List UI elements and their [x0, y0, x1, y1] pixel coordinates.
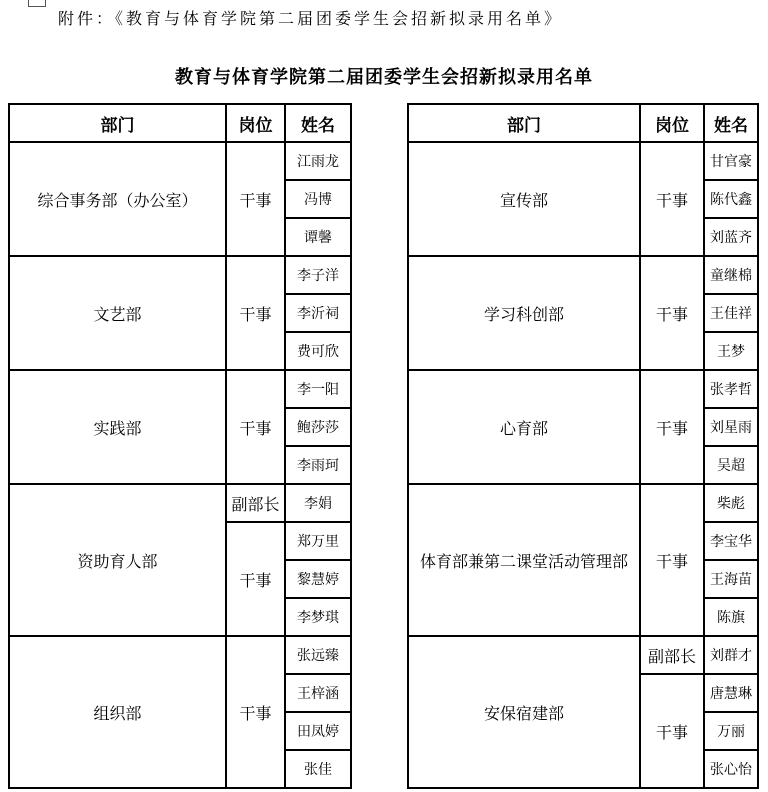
position-cell: 干事	[640, 142, 704, 256]
table-header-row: 部门 岗位 姓名	[408, 104, 758, 142]
department-cell: 体育部兼第二课堂活动管理部	[408, 484, 640, 636]
name-cell: 吴超	[704, 446, 758, 484]
position-cell: 干事	[640, 370, 704, 484]
department-cell: 文艺部	[9, 256, 226, 370]
table-header-row: 部门 岗位 姓名	[9, 104, 351, 142]
department-cell: 综合事务部（办公室）	[9, 142, 226, 256]
col-header-name: 姓名	[704, 104, 758, 142]
position-cell: 干事	[226, 142, 285, 256]
attachment-line: 附件：《教育与体育学院第二届团委学生会招新拟录用名单》	[58, 6, 563, 29]
name-cell: 鲍莎莎	[285, 408, 351, 446]
name-cell: 黎慧婷	[285, 560, 351, 598]
name-cell: 童继棉	[704, 256, 758, 294]
name-cell: 刘星雨	[704, 408, 758, 446]
page-corner-mark	[28, 0, 46, 7]
table-row: 实践部 干事 李一阳	[9, 370, 351, 408]
position-cell: 干事	[226, 370, 285, 484]
name-cell: 王梓涵	[285, 674, 351, 712]
name-cell: 王梦	[704, 332, 758, 370]
name-cell: 李沂祠	[285, 294, 351, 332]
table-row: 体育部兼第二课堂活动管理部 干事 柴彪	[408, 484, 758, 522]
name-cell: 王海苗	[704, 560, 758, 598]
table-row: 安保宿建部 副部长 刘群才	[408, 636, 758, 674]
name-cell: 唐慧琳	[704, 674, 758, 712]
name-cell: 王佳祥	[704, 294, 758, 332]
col-header-department: 部门	[408, 104, 640, 142]
name-cell: 李雨珂	[285, 446, 351, 484]
name-cell: 谭馨	[285, 218, 351, 256]
name-cell: 李宝华	[704, 522, 758, 560]
roster-tables: 部门 岗位 姓名 综合事务部（办公室） 干事 江雨龙 冯博 谭馨 文艺部 干事 …	[8, 103, 759, 789]
department-cell: 宣传部	[408, 142, 640, 256]
name-cell: 李梦琪	[285, 598, 351, 636]
name-cell: 李一阳	[285, 370, 351, 408]
name-cell: 李子洋	[285, 256, 351, 294]
department-cell: 学习科创部	[408, 256, 640, 370]
name-cell: 陈代鑫	[704, 180, 758, 218]
position-cell: 副部长	[640, 636, 704, 674]
name-cell: 张佳	[285, 750, 351, 788]
name-cell: 田凤婷	[285, 712, 351, 750]
recruitment-table-right: 部门 岗位 姓名 宣传部 干事 甘官豪 陈代鑫 刘蓝齐 学习科创部 干事 童继棉…	[407, 103, 759, 789]
department-cell: 心育部	[408, 370, 640, 484]
name-cell: 刘蓝齐	[704, 218, 758, 256]
name-cell: 费可欣	[285, 332, 351, 370]
department-cell: 实践部	[9, 370, 226, 484]
table-row: 资助育人部 副部长 李娟	[9, 484, 351, 522]
name-cell: 甘官豪	[704, 142, 758, 180]
name-cell: 李娟	[285, 484, 351, 522]
name-cell: 郑万里	[285, 522, 351, 560]
col-header-department: 部门	[9, 104, 226, 142]
table-row: 组织部 干事 张远臻	[9, 636, 351, 674]
recruitment-table-left: 部门 岗位 姓名 综合事务部（办公室） 干事 江雨龙 冯博 谭馨 文艺部 干事 …	[8, 103, 352, 789]
name-cell: 柴彪	[704, 484, 758, 522]
department-cell: 组织部	[9, 636, 226, 788]
table-row: 宣传部 干事 甘官豪	[408, 142, 758, 180]
name-cell: 张孝哲	[704, 370, 758, 408]
table-row: 心育部 干事 张孝哲	[408, 370, 758, 408]
position-cell: 干事	[226, 256, 285, 370]
position-cell: 干事	[226, 522, 285, 636]
position-cell: 干事	[640, 484, 704, 636]
name-cell: 张心怡	[704, 750, 758, 788]
table-row: 学习科创部 干事 童继棉	[408, 256, 758, 294]
department-cell: 资助育人部	[9, 484, 226, 636]
position-cell: 干事	[640, 674, 704, 788]
col-header-position: 岗位	[226, 104, 285, 142]
name-cell: 冯博	[285, 180, 351, 218]
name-cell: 江雨龙	[285, 142, 351, 180]
page-title: 教育与体育学院第二届团委学生会招新拟录用名单	[0, 63, 768, 89]
name-cell: 万丽	[704, 712, 758, 750]
name-cell: 陈旗	[704, 598, 758, 636]
position-cell: 副部长	[226, 484, 285, 522]
name-cell: 张远臻	[285, 636, 351, 674]
col-header-name: 姓名	[285, 104, 351, 142]
name-cell: 刘群才	[704, 636, 758, 674]
position-cell: 干事	[226, 636, 285, 788]
table-row: 文艺部 干事 李子洋	[9, 256, 351, 294]
table-row: 综合事务部（办公室） 干事 江雨龙	[9, 142, 351, 180]
position-cell: 干事	[640, 256, 704, 370]
col-header-position: 岗位	[640, 104, 704, 142]
department-cell: 安保宿建部	[408, 636, 640, 788]
